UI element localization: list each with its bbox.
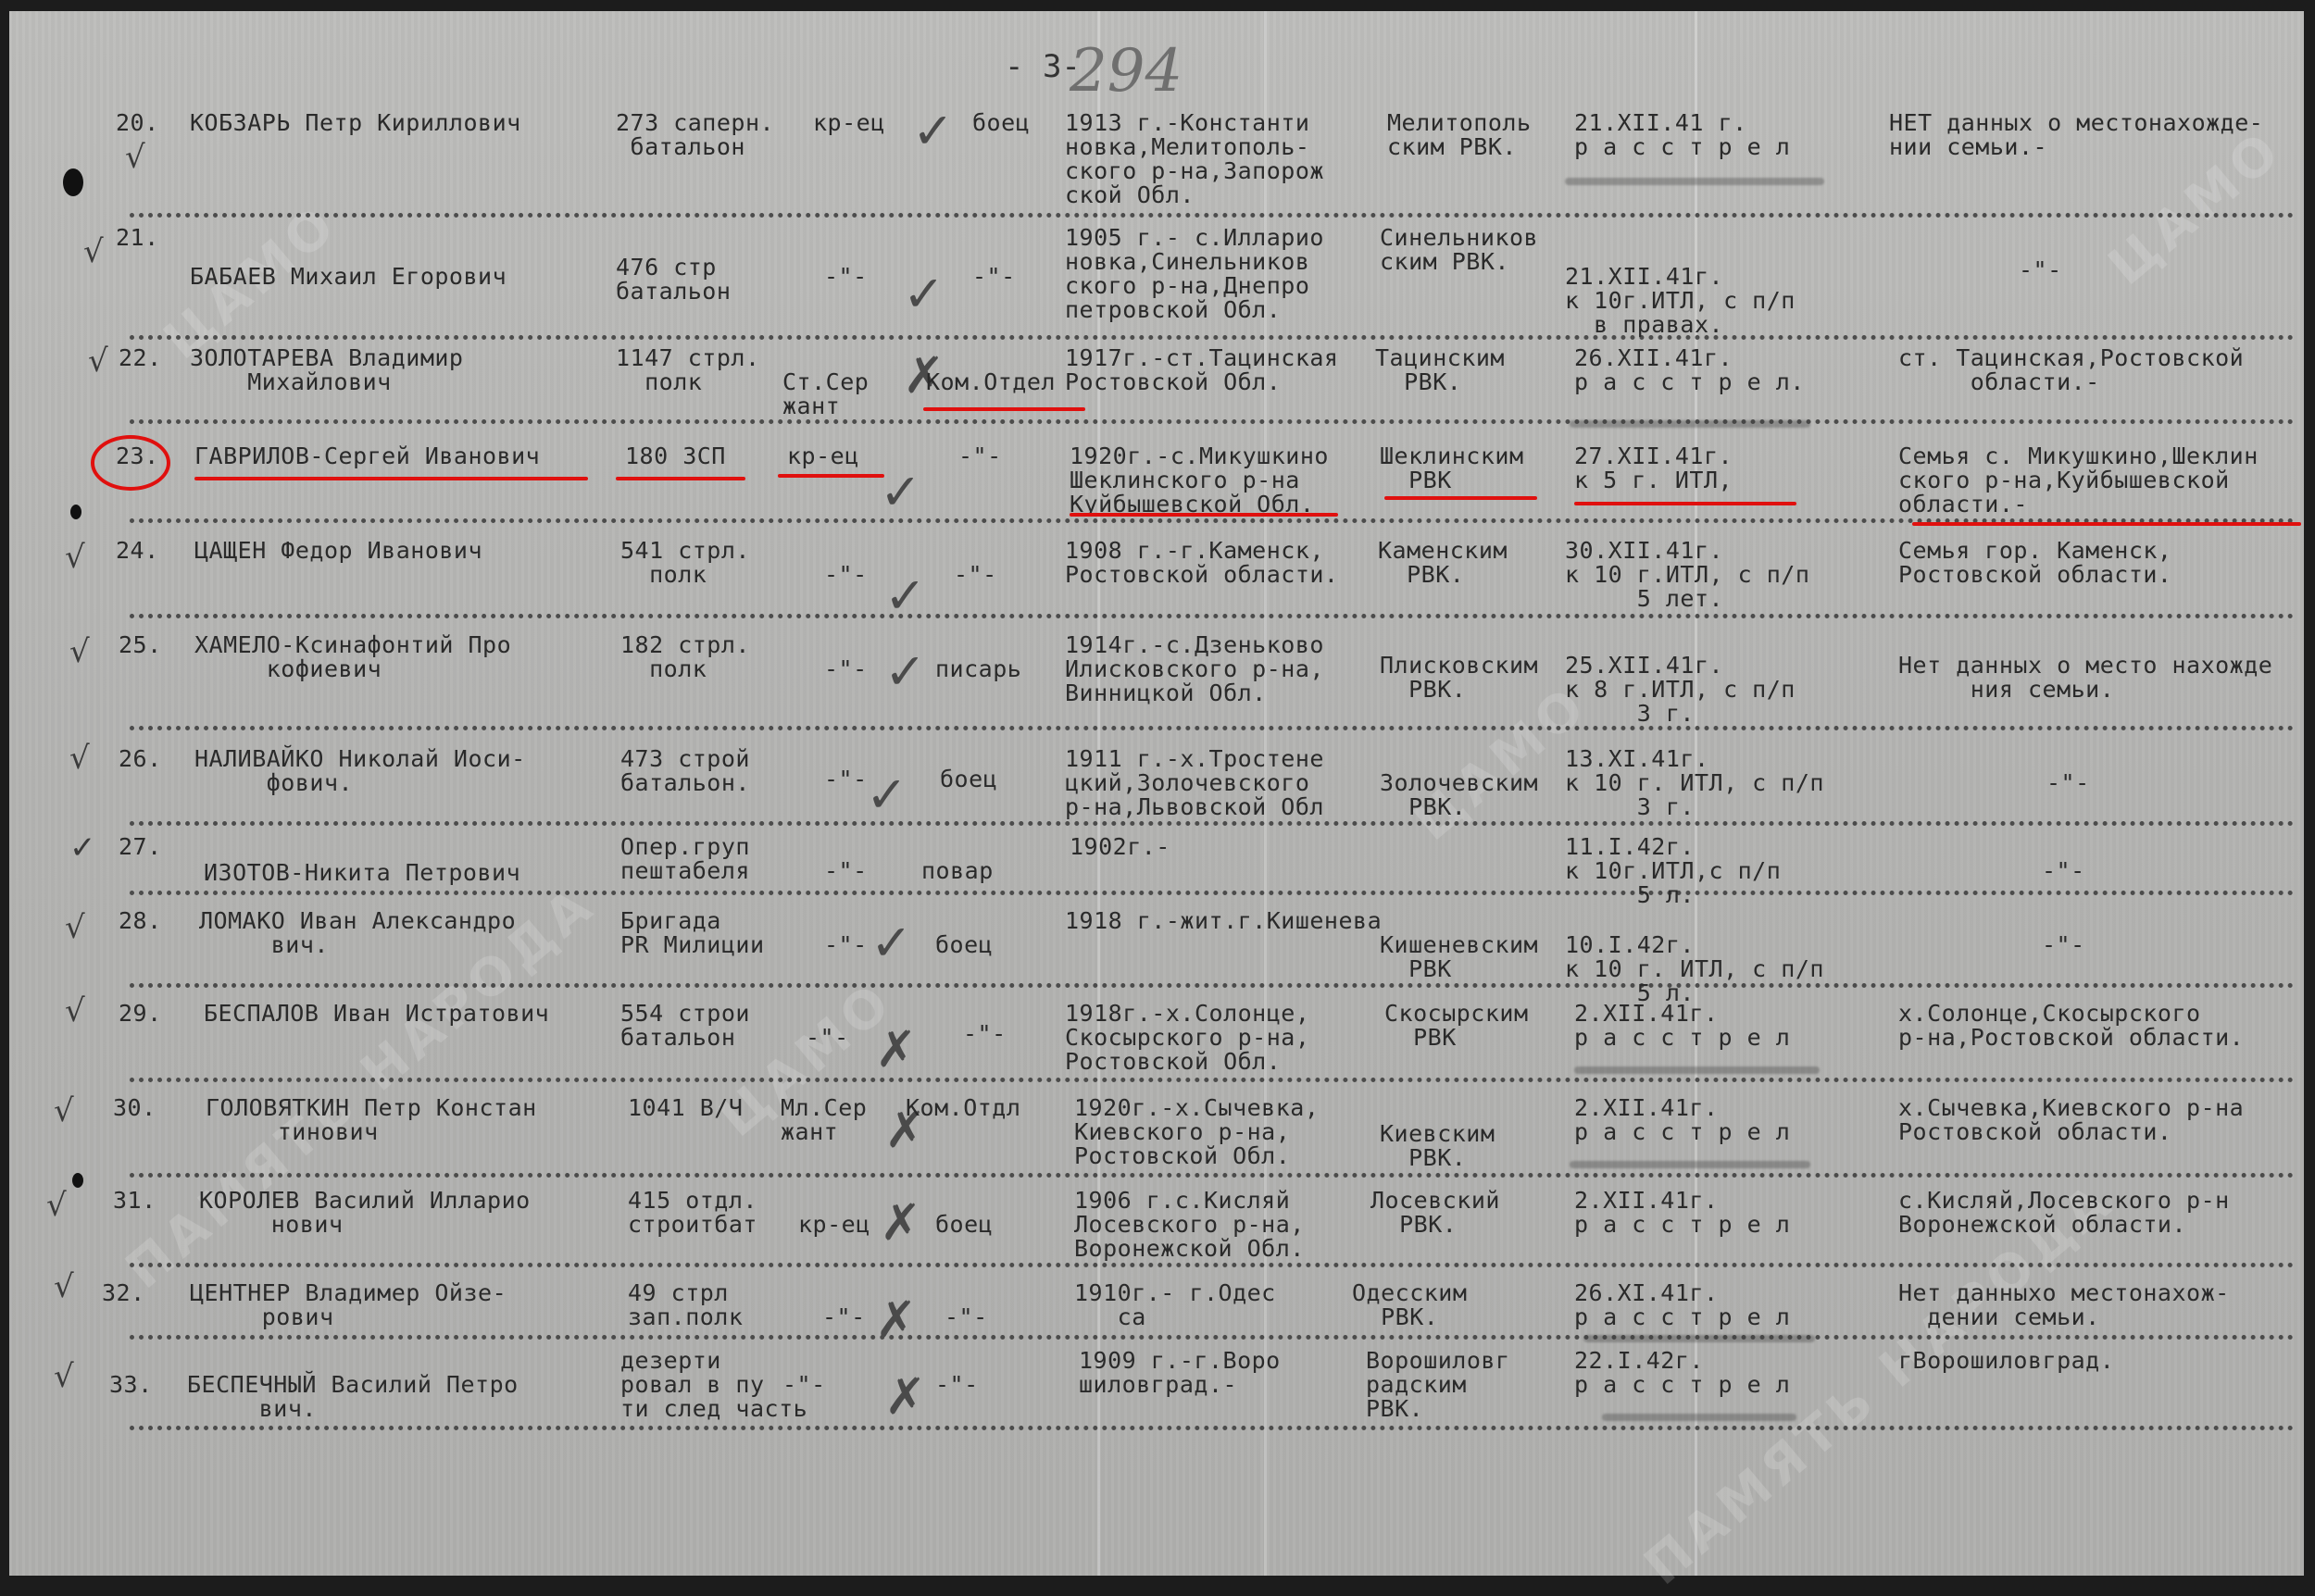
rvk: Киевским РВК.: [1380, 1122, 1495, 1170]
unit: 180 ЗСП: [625, 444, 726, 468]
pencil-underline: [1602, 1414, 1796, 1421]
check-mark-icon: ✓: [870, 914, 912, 972]
row-number: 29.: [119, 1002, 174, 1026]
verdict: 10.I.42г. к 10 г. ИТЛ, с п/п 5 л.: [1565, 933, 1824, 1005]
rank: кр-ец: [813, 111, 885, 135]
position: повар: [921, 859, 994, 883]
rvk: Плисковским РВК.: [1380, 654, 1538, 702]
verdict: 25.XII.41г. к 8 г.ИТЛ, с п/п 3 г.: [1565, 654, 1796, 726]
pencil-underline: [1574, 1066, 1820, 1074]
person-name: ГАВРИЛОВ-Сергей Иванович: [194, 444, 540, 468]
rank: -"-: [782, 1373, 826, 1397]
margin-check-icon: √: [125, 139, 145, 176]
red-underline: [923, 407, 1085, 411]
unit: Опер.груп пештабеля: [620, 835, 750, 883]
verdict: 2.XII.41г. р а с с т р е л: [1574, 1096, 1790, 1144]
red-underline: [1384, 496, 1537, 500]
rvk: Мелитополь ским РВК.: [1387, 111, 1532, 159]
family-info: -"-: [2046, 771, 2090, 795]
family-info: Нет данных о место нахожде ния семьи.: [1898, 654, 2272, 702]
unit: 49 стрл зап.полк: [628, 1281, 743, 1329]
position: боец: [940, 767, 997, 792]
row-number: 24.: [116, 539, 171, 563]
row-separator: [130, 891, 2295, 895]
row-number: 33.: [109, 1373, 165, 1397]
margin-check-icon: √: [46, 1187, 67, 1224]
birth-info: 1913 г.-Константи новка,Мелитополь- ског…: [1065, 111, 1324, 207]
verdict: 27.XII.41г. к 5 г. ИТЛ,: [1574, 444, 1733, 493]
check-mark-icon: ✓: [903, 265, 945, 323]
rank: Ст.Сер жант: [782, 370, 869, 418]
unit: 1041 В/Ч: [628, 1096, 743, 1120]
rank: -"-: [824, 657, 868, 681]
row-separator: [130, 1078, 2295, 1082]
person-name: КОБЗАРЬ Петр Кириллович: [190, 111, 521, 135]
verdict: 2.XII.41г. р а с с т р е л: [1574, 1002, 1790, 1050]
check-mark-icon: ✓: [884, 567, 926, 625]
red-underline: [1912, 522, 2301, 526]
row-number: 21.: [116, 226, 171, 250]
cross-mark-icon: ✗: [875, 1291, 917, 1349]
family-info: с.Кисляй,Лосевского р-н Воронежской обла…: [1898, 1189, 2230, 1237]
cross-mark-icon: ✗: [880, 1193, 921, 1252]
person-name: ЦАЩЕН Федор Иванович: [194, 539, 482, 563]
person-name: БЕСПЕЧНЫЙ Василий Петро вич.: [187, 1373, 519, 1421]
birth-info: 1902г.-: [1070, 835, 1170, 859]
rvk: Ворошиловг радским РВК.: [1366, 1349, 1510, 1421]
unit: Бригада PR Милиции: [620, 909, 765, 957]
margin-check-icon: √: [54, 1268, 74, 1305]
verdict: 21.XII.41г. к 10г.ИТЛ, с п/п в правах.: [1565, 265, 1796, 337]
rvk: Одесским РВК.: [1352, 1281, 1467, 1329]
row-separator: [130, 821, 2295, 826]
position: Ком.Отдел: [926, 370, 1056, 394]
row-separator: [130, 726, 2295, 730]
row-separator: [130, 335, 2295, 340]
archive-document-page: ЦАМО ПАМЯТЬ НАРОДА ЦАМО ЦАМО ЦАМО ПАМЯТЬ…: [9, 11, 2304, 1576]
verdict: 30.XII.41г. к 10 г.ИТЛ, с п/п 5 лет.: [1565, 539, 1809, 611]
family-info: гВорошиловград.: [1898, 1349, 2114, 1373]
verdict: 22.I.42г. р а с с т р е л: [1574, 1349, 1790, 1397]
position: боец: [935, 933, 993, 957]
family-info: х.Солонце,Скосырского р-на,Ростовской об…: [1898, 1002, 2244, 1050]
birth-info: 1910г.- г.Одес са: [1074, 1281, 1276, 1329]
position: писарь: [935, 657, 1021, 681]
rvk: Тацинским РВК.: [1375, 346, 1505, 394]
margin-check-icon: √: [65, 539, 85, 576]
row-separator: [130, 1335, 2295, 1340]
check-mark-icon: ✓: [880, 463, 921, 521]
pencil-underline: [1570, 420, 1810, 428]
position: -"-: [945, 1305, 988, 1329]
pencil-underline: [1570, 1161, 1810, 1168]
rank: -"-: [824, 767, 868, 792]
row-number: 26.: [119, 747, 174, 771]
family-info: ст. Тацинская,Ростовской области.-: [1898, 346, 2244, 394]
row-number: 28.: [119, 909, 174, 933]
pencil-underline: [1583, 1335, 1815, 1342]
verdict: 21.XII.41 г. р а с с т р е л: [1574, 111, 1790, 159]
person-name: ЛОМАКО Иван Александро вич.: [199, 909, 516, 957]
rvk: Лосевский РВК.: [1370, 1189, 1500, 1237]
rank: -"-: [824, 563, 868, 587]
rank: -"-: [806, 1026, 849, 1050]
person-name: ИЗОТОВ-Никита Петрович: [204, 861, 520, 885]
family-info: Семья с. Микушкино,Шеклин ского р-на,Куй…: [1898, 444, 2259, 517]
red-underline: [616, 477, 745, 480]
red-underline: [1574, 502, 1796, 505]
verdict: 13.XI.41г. к 10 г. ИТЛ, с п/п 3 г.: [1565, 747, 1824, 819]
rvk: Синельников ским РВК.: [1380, 226, 1538, 274]
unit: 541 стрл. полк: [620, 539, 750, 587]
pencil-underline: [1565, 178, 1824, 185]
ink-blot: [70, 505, 81, 519]
red-underline: [778, 474, 884, 478]
birth-info: 1908 г.-г.Каменск, Ростовской области.: [1065, 539, 1338, 587]
row-separator: [130, 1426, 2295, 1430]
birth-info: 1920г.-х.Сычевка, Киевского р-на, Ростов…: [1074, 1096, 1319, 1168]
ink-blot: [63, 168, 83, 196]
birth-info: 1918 г.-жит.г.Кишенева: [1065, 909, 1382, 933]
unit: 415 отдл. строитбат: [628, 1189, 757, 1237]
verdict: 11.I.42г. к 10г.ИТЛ,с п/п 5 л.: [1565, 835, 1781, 907]
verdict: 26.XI.41г. р а с с т р е л: [1574, 1281, 1790, 1329]
row-separator: [130, 213, 2295, 218]
position: боец: [972, 111, 1030, 135]
margin-check-icon: ✓: [69, 829, 96, 867]
row-separator: [130, 983, 2295, 988]
rvk: Кишеневским РВК: [1380, 933, 1538, 981]
rank: -"-: [822, 1305, 866, 1329]
position: -"-: [958, 444, 1002, 468]
birth-info: 1917г.-ст.Тацинская Ростовской Обл.: [1065, 346, 1338, 394]
family-info: -"-: [2019, 258, 2062, 282]
check-mark-icon: ✓: [912, 102, 954, 160]
red-underline: [194, 477, 588, 480]
rank: -"-: [824, 933, 868, 957]
family-info: Семья гор. Каменск, Ростовской области.: [1898, 539, 2171, 587]
rvk: Скосырским РВК: [1384, 1002, 1529, 1050]
person-name: ГОЛОВЯТКИН Петр Констан тинович: [206, 1096, 537, 1144]
red-underline: [1070, 513, 1338, 517]
unit: 273 саперн. батальон: [616, 111, 774, 159]
position: -"-: [954, 563, 997, 587]
family-info: -"-: [2042, 859, 2085, 883]
rank: кр-ец: [798, 1213, 870, 1237]
cross-mark-icon: ✗: [875, 1020, 917, 1079]
handwritten-page-number: 294: [1070, 37, 1183, 106]
rank: кр-ец: [787, 444, 859, 468]
birth-info: 1914г.-с.Дзеньково Илисковского р-на, Ви…: [1065, 633, 1324, 705]
birth-info: 1920г.-с.Микушкино Шеклинского р-на Куйб…: [1070, 444, 1329, 517]
verdict: 2.XII.41г. р а с с т р е л: [1574, 1189, 1790, 1237]
row-separator: [130, 1173, 2295, 1178]
person-name: БАБАЕВ Михаил Егорович: [190, 265, 507, 289]
person-name: НАЛИВАЙКО Николай Иоси- фович.: [194, 747, 526, 795]
margin-check-icon: √: [65, 909, 85, 946]
position: -"-: [972, 265, 1016, 289]
family-info: х.Сычевка,Киевского р-на Ростовской обла…: [1898, 1096, 2244, 1144]
person-name: ЦЕНТНЕР Владимер Ойзе- рович: [190, 1281, 507, 1329]
rvk: Золочевским РВК.: [1380, 771, 1538, 819]
margin-check-icon: √: [65, 992, 85, 1029]
position: -"-: [963, 1022, 1007, 1046]
row-number: 31.: [113, 1189, 169, 1213]
margin-check-icon: √: [83, 233, 104, 270]
check-mark-icon: ✓: [866, 766, 907, 824]
row-number: 23.: [116, 444, 171, 468]
birth-info: 1909 г.-г.Воро шиловград.-: [1079, 1349, 1281, 1397]
margin-check-icon: √: [69, 633, 90, 670]
rank: Мл.Сер жант: [781, 1096, 867, 1144]
position: -"-: [935, 1373, 979, 1397]
person-name: ЗОЛОТАРЕВА Владимир Михайлович: [190, 346, 463, 394]
row-number: 25.: [119, 633, 174, 657]
unit: дезерти ровал в пу ти след часть: [620, 1349, 807, 1421]
birth-info: 1911 г.-х.Тростене цкий,Золочевского р-н…: [1065, 747, 1324, 819]
row-separator: [130, 614, 2295, 618]
rvk: Шеклинским РВК: [1380, 444, 1524, 493]
row-number: 20.: [116, 111, 171, 135]
birth-info: 1906 г.с.Кисляй Лосевского р-на, Воронеж…: [1074, 1189, 1305, 1261]
margin-check-icon: √: [54, 1358, 74, 1395]
rvk: Каменским РВК.: [1378, 539, 1508, 587]
person-name: БЕСПАЛОВ Иван Истратович: [204, 1002, 549, 1026]
cross-mark-icon: ✗: [884, 1367, 926, 1426]
rank: -"-: [824, 859, 868, 883]
margin-check-icon: √: [54, 1092, 74, 1129]
family-info: -"-: [2042, 933, 2085, 957]
unit: 473 строй батальон.: [620, 747, 750, 795]
row-separator: [130, 419, 2295, 424]
unit: 182 стрл. полк: [620, 633, 750, 681]
unit: 1147 стрл. полк: [616, 346, 760, 394]
family-info: НЕТ данных о местонахожде- нии семьи.-: [1889, 111, 2263, 159]
margin-check-icon: √: [88, 343, 108, 380]
check-mark-icon: ✓: [884, 642, 926, 701]
unit: 476 стр батальон: [616, 256, 731, 304]
row-number: 27.: [119, 835, 174, 859]
verdict: 26.XII.41г. р а с с т р е л.: [1574, 346, 1805, 394]
person-name: ХАМЕЛО-Ксинафонтий Про кофиевич: [194, 633, 511, 681]
position: Ком.Отдл: [906, 1096, 1020, 1120]
row-number: 32.: [102, 1281, 157, 1305]
margin-check-icon: √: [69, 740, 90, 777]
unit: 554 строи батальон: [620, 1002, 750, 1050]
row-separator: [130, 1263, 2295, 1267]
birth-info: 1918г.-х.Солонце, Скосырского р-на, Рост…: [1065, 1002, 1309, 1074]
person-name: КОРОЛЕВ Василий Илларио нович: [199, 1189, 531, 1237]
row-number: 30.: [113, 1096, 169, 1120]
row-number: 22.: [119, 346, 174, 370]
family-info: Нет данныхо местонахож- дении семьи.: [1898, 1281, 2230, 1329]
birth-info: 1905 г.- с.Илларио новка,Синельников ско…: [1065, 226, 1324, 322]
ink-blot: [72, 1173, 83, 1188]
position: боец: [935, 1213, 993, 1237]
rank: -"-: [824, 265, 868, 289]
